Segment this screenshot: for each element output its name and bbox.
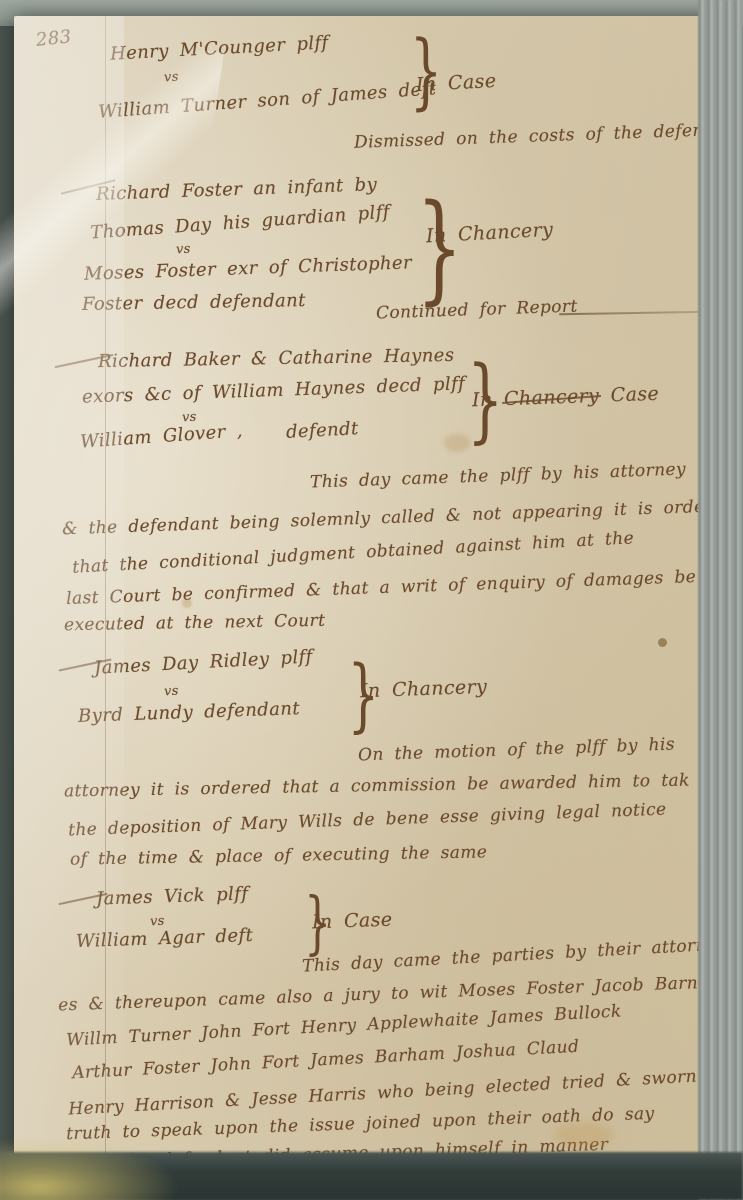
order-line: executed at the next Court: [64, 611, 326, 636]
order-line: On the motion of the plff by his: [358, 734, 676, 765]
cause-label: In Case: [415, 70, 496, 96]
sleeve-right-edge: [698, 0, 743, 1200]
cause-label: In Case: [312, 909, 393, 934]
cause-suffix: Case: [610, 383, 659, 407]
order-line: attorney it is ordered that a commission…: [64, 771, 690, 802]
versus-marker: vs: [163, 70, 179, 86]
case-caption-line: William Turner son of James deft: [98, 78, 437, 123]
order-line: the deposition of Mary Wills de bene ess…: [68, 800, 667, 841]
case-caption-line: exors &c of William Haynes decd plff: [82, 373, 466, 407]
case-caption-line: Thomas Day his guardian plff: [90, 202, 391, 244]
manuscript-scan: 283 Henry M'Counger plff vs William Turn…: [0, 0, 743, 1200]
case-brace: [400, 24, 452, 119]
versus-marker: vs: [150, 914, 166, 930]
case-caption-line: Henry M'Counger plff: [110, 32, 330, 64]
case-caption-line: Richard Baker & Catharine Haynes: [98, 345, 455, 372]
ink-stain: [658, 638, 667, 647]
order-line: of the time & place of executing the sam…: [70, 842, 488, 869]
flourish-line: [559, 311, 709, 316]
page-number: 283: [35, 26, 73, 51]
case-caption-line: Foster decd defendant: [82, 290, 306, 315]
case-caption-line: James Vick plff: [96, 883, 249, 909]
versus-marker: vs: [164, 684, 180, 700]
parchment-page: 283 Henry M'Counger plff vs William Turn…: [14, 16, 714, 1174]
order-line: This day came the plff by his attorney: [310, 459, 687, 492]
case-caption-line: defendt: [286, 418, 360, 443]
order-line: Dismissed on the costs of the defendant: [354, 119, 743, 153]
case-caption-line: Byrd Lundy defendant: [78, 698, 301, 727]
versus-marker: vs: [176, 242, 192, 258]
cause-label: In Chancery: [360, 676, 488, 702]
case-caption-line: Moses Foster exr of Christopher: [84, 252, 413, 284]
order-line: This day came the parties by their attor…: [302, 935, 708, 976]
case-brace: [402, 178, 477, 316]
cause-prefix: In: [472, 389, 493, 412]
order-line: last Court be confirmed & that a writ of…: [66, 567, 697, 609]
case-caption-line: William Agar deft: [76, 925, 254, 952]
cause-struck-word: Chancery: [504, 385, 600, 410]
bottom-left-highlight: [0, 1138, 180, 1200]
case-caption-line: Richard Foster an infant by: [96, 174, 378, 205]
case-caption-line: James Day Ridley plff: [94, 646, 314, 678]
